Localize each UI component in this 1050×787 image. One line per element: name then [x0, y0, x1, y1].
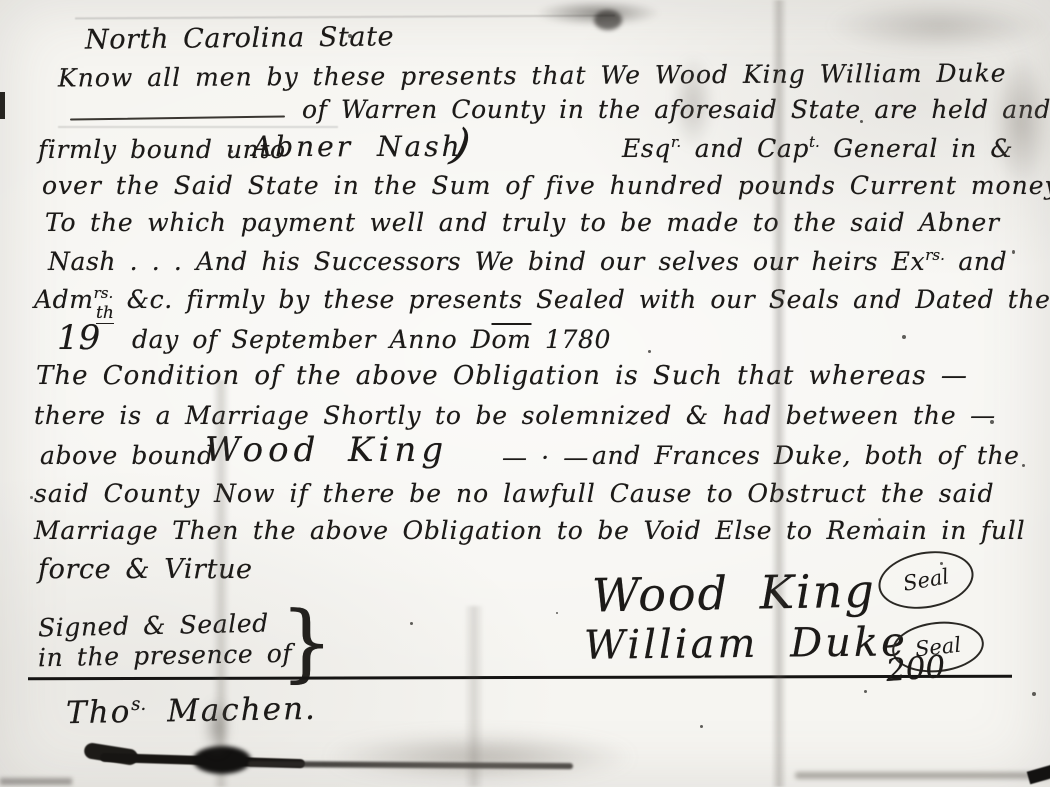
date-text: day of September Anno D	[132, 325, 492, 354]
attestation-line-2: in the presence of	[38, 640, 293, 672]
seal-flourish: 200	[885, 650, 946, 688]
groom-name-inline: Wood King	[205, 432, 448, 469]
seal-1-label: Seal	[901, 564, 951, 596]
adm-text: Adm	[34, 285, 94, 314]
faint-scan-line-mid	[58, 126, 338, 128]
capt-superscript: t.	[809, 133, 820, 151]
heading-line: North Carolina State	[85, 22, 394, 55]
ink-speck	[348, 34, 352, 38]
witness-surname: Machen.	[146, 691, 317, 730]
body-line-know: Know all men by these presents that We W…	[58, 60, 1007, 92]
date-dom-abbrev: om	[492, 325, 532, 354]
ink-speck	[556, 612, 558, 614]
body-line-sum: over the Said State in the Sum of five h…	[42, 172, 1050, 200]
ink-speck	[1022, 464, 1025, 467]
admrs-superscript: rs.	[94, 284, 114, 302]
signature-william-duke: William Duke	[584, 620, 908, 667]
faint-scan-line-top	[75, 15, 615, 20]
body-line-esquire: Esqr. and Capt. General in &	[622, 134, 1013, 163]
couple-dash: — · —	[502, 444, 589, 472]
signature-wood-king: Wood King	[592, 566, 877, 622]
seal-1: Seal	[874, 544, 978, 616]
bottom-stroke-main	[100, 753, 305, 768]
ink-speck	[860, 120, 863, 123]
flourish-paren: )	[447, 121, 474, 172]
witness-superscript: s.	[131, 694, 146, 715]
bottom-right-streak	[795, 772, 1050, 779]
lawful-cause-line: said County Now if there be no lawfull C…	[34, 480, 995, 508]
witness-signature: Thos. Machen.	[66, 692, 317, 730]
esq-text-post: General in &	[820, 134, 1014, 163]
bottom-left-streak	[0, 778, 72, 785]
bride-name-line: and Frances Duke, both of the	[592, 442, 1020, 470]
body-line-successors: Nash . . . And his Successors We bind ou…	[48, 247, 1007, 276]
body-line-county: of Warren County in the aforesaid State …	[302, 96, 1050, 124]
date-year: 1780	[531, 325, 611, 354]
signature-rule	[28, 675, 1012, 681]
exrs-superscript: rs.	[925, 246, 945, 264]
bottom-ink-knot	[193, 746, 251, 774]
esq-text-mid: and Cap	[681, 134, 809, 163]
void-line: Marriage Then the above Obligation to be…	[34, 517, 1025, 545]
attestation-brace: }	[280, 596, 333, 688]
document-scan: North Carolina State Know all men by the…	[0, 0, 1050, 787]
bond-date-line: day of September Anno Dom 1780	[132, 326, 611, 354]
adm-text-post: &c. firmly by these presents Sealed with…	[113, 285, 1050, 314]
condition-line: The Condition of the above Obligation is…	[36, 362, 968, 391]
bond-day-number: 19	[57, 320, 100, 357]
ink-speck	[648, 350, 651, 353]
bottom-gray-cloud	[325, 733, 635, 781]
ink-speck	[230, 150, 233, 153]
ink-speck	[940, 562, 943, 565]
top-ink-blot	[594, 10, 622, 30]
bondholder-name: Abner Nash	[252, 132, 463, 163]
whereas-line: there is a Marriage Shortly to be solemn…	[34, 402, 996, 430]
bottom-stroke-thin	[248, 761, 573, 769]
esq-superscript: r.	[671, 133, 681, 151]
ink-speck	[990, 420, 994, 424]
day-ordinal-superscript: th	[96, 304, 114, 324]
ink-speck	[902, 335, 906, 339]
ink-speck	[700, 725, 703, 728]
body-line-administrators: Admrs. &c. firmly by these presents Seal…	[34, 285, 1050, 314]
ink-speck	[410, 622, 413, 625]
body-line-bound: firmly bound unto	[38, 136, 286, 164]
bottom-right-corner-mark	[1027, 765, 1050, 785]
blank-line	[70, 115, 285, 120]
ink-speck	[864, 690, 867, 693]
couple-line-pre: above bound	[40, 442, 214, 470]
esq-text: Esq	[622, 134, 671, 163]
successors-text-post: and	[945, 247, 1007, 276]
top-smudge	[536, 0, 660, 26]
body-line-payment: To the which payment well and truly to b…	[45, 209, 1000, 237]
witness-text: Tho	[66, 694, 132, 731]
ink-speck	[30, 496, 33, 499]
ink-speck	[1012, 250, 1015, 254]
attestation-line-1: Signed & Sealed	[38, 610, 269, 642]
ink-speck	[878, 518, 881, 521]
top-right-mottling	[828, 0, 1050, 52]
force-virtue-line: force & Virtue	[38, 555, 253, 585]
ink-speck	[1032, 692, 1036, 696]
fold-line-3	[464, 606, 484, 787]
bottom-stroke-start	[83, 742, 139, 766]
successors-text: Nash . . . And his Successors We bind ou…	[48, 247, 925, 276]
left-edge-mark	[0, 92, 5, 119]
